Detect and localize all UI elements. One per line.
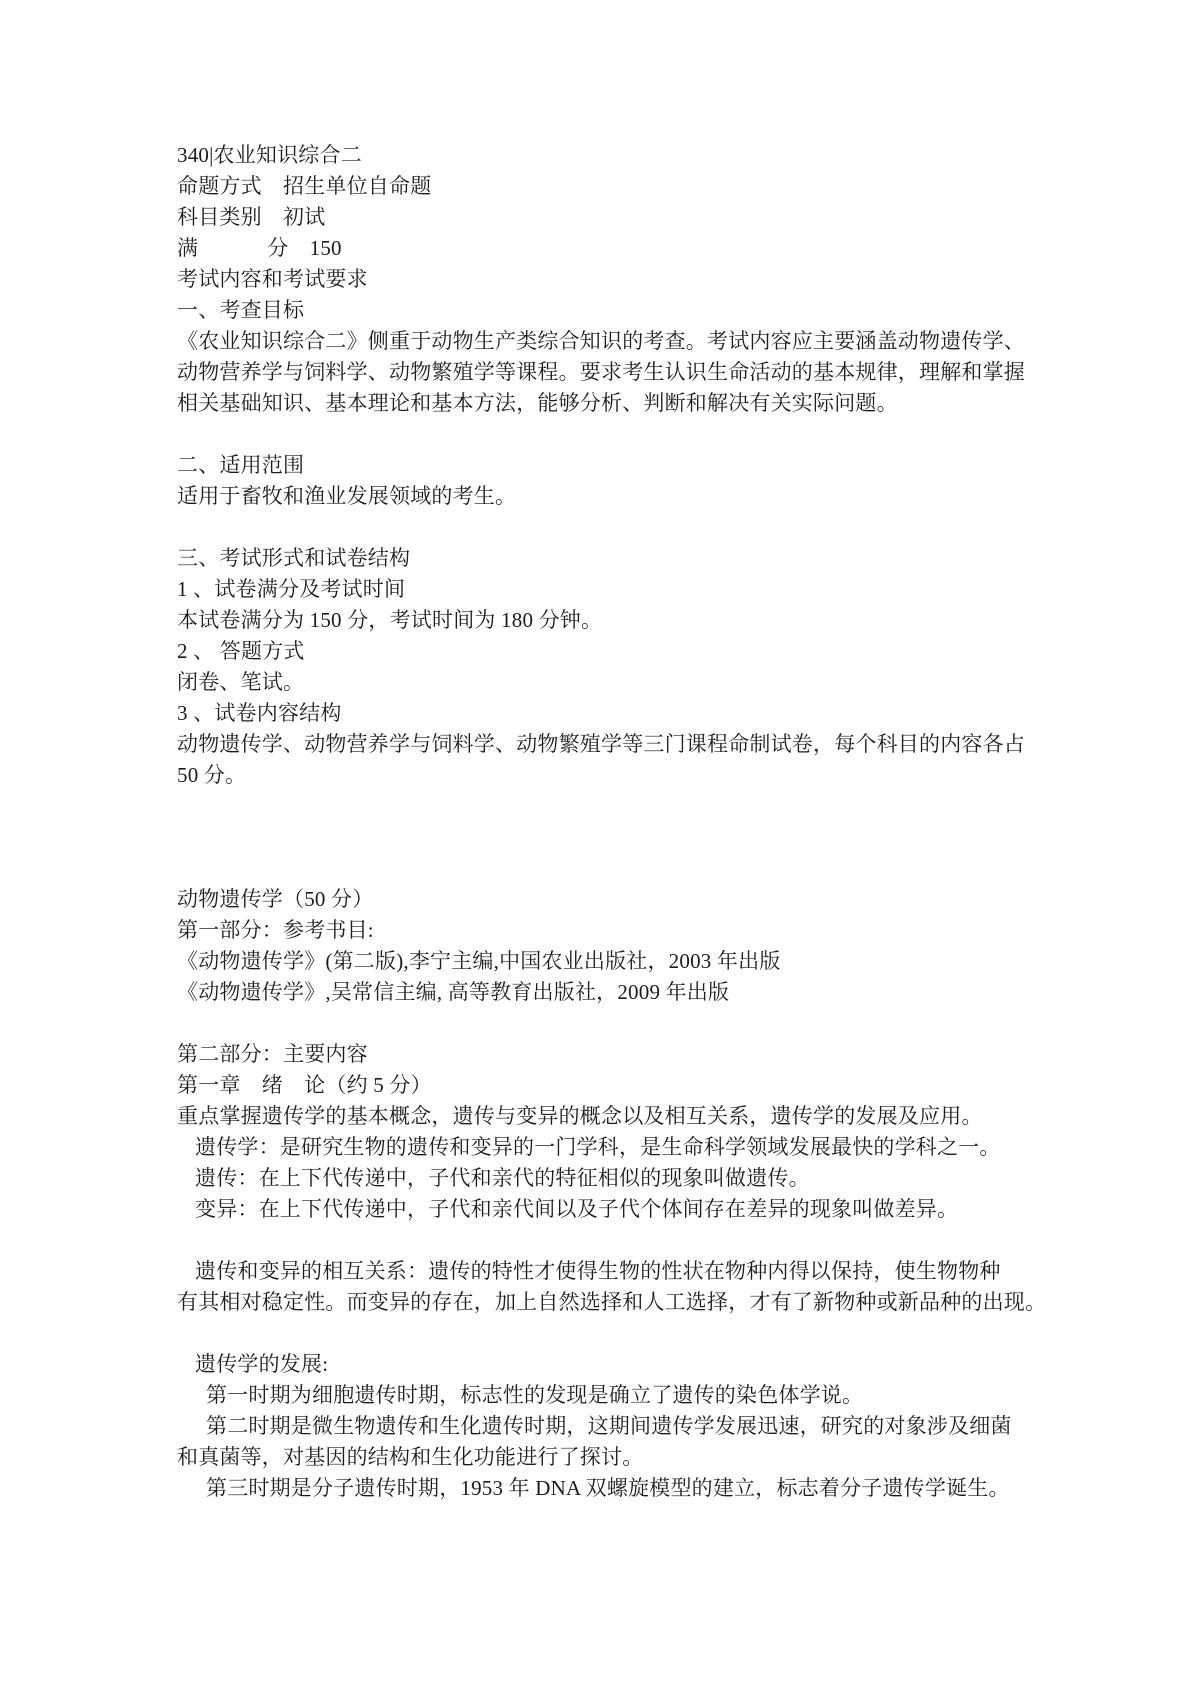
doc-line: 1 、试卷满分及考试时间 bbox=[177, 574, 1037, 605]
doc-line: 第一时期为细胞遗传时期，标志性的发现是确立了遗传的染色体学说。 bbox=[177, 1380, 1037, 1411]
doc-line: 50 分。 bbox=[177, 760, 1037, 791]
doc-line: 第一章 绪 论（约 5 分） bbox=[177, 1070, 1037, 1101]
doc-line: 重点掌握遗传学的基本概念，遗传与变异的概念以及相互关系，遗传学的发展及应用。 bbox=[177, 1101, 1037, 1132]
doc-line: 适用于畜牧和渔业发展领域的考生。 bbox=[177, 481, 1037, 512]
doc-line: 遗传：在上下代传递中，子代和亲代的特征相似的现象叫做遗传。 bbox=[177, 1163, 1037, 1194]
doc-line: 第三时期是分子遗传时期，1953 年 DNA 双螺旋模型的建立，标志着分子遗传学… bbox=[177, 1473, 1037, 1504]
doc-line: 动物遗传学（50 分） bbox=[177, 884, 1037, 915]
doc-blank-line bbox=[177, 1008, 1037, 1039]
doc-line: 第二部分：主要内容 bbox=[177, 1039, 1037, 1070]
doc-line: 有其相对稳定性。而变异的存在，加上自然选择和人工选择，才有了新物种或新品种的出现… bbox=[177, 1287, 1037, 1318]
doc-blank-line bbox=[177, 791, 1037, 822]
doc-line: 遗传和变异的相互关系：遗传的特性才使得生物的性状在物种内得以保持，使生物物种 bbox=[177, 1256, 1037, 1287]
doc-line: 相关基础知识、基本理论和基本方法，能够分析、判断和解决有关实际问题。 bbox=[177, 388, 1037, 419]
doc-blank-line bbox=[177, 419, 1037, 450]
doc-line: 340|农业知识综合二 bbox=[177, 140, 1037, 171]
document-body: 340|农业知识综合二命题方式 招生单位自命题科目类别 初试满 分 150考试内… bbox=[177, 140, 1037, 1504]
doc-line: 动物遗传学、动物营养学与饲料学、动物繁殖学等三门课程命制试卷，每个科目的内容各占 bbox=[177, 729, 1037, 760]
doc-line: 变异：在上下代传递中，子代和亲代间以及子代个体间存在差异的现象叫做差异。 bbox=[177, 1194, 1037, 1225]
doc-blank-line bbox=[177, 853, 1037, 884]
doc-line: 一、考查目标 bbox=[177, 295, 1037, 326]
doc-line: 命题方式 招生单位自命题 bbox=[177, 171, 1037, 202]
doc-line: 三、考试形式和试卷结构 bbox=[177, 543, 1037, 574]
doc-line: 《农业知识综合二》侧重于动物生产类综合知识的考查。考试内容应主要涵盖动物遗传学、 bbox=[177, 326, 1037, 357]
doc-line: 第二时期是微生物遗传和生化遗传时期，这期间遗传学发展迅速，研究的对象涉及细菌 bbox=[177, 1411, 1037, 1442]
doc-line: 闭卷、笔试。 bbox=[177, 667, 1037, 698]
doc-blank-line bbox=[177, 1225, 1037, 1256]
doc-blank-line bbox=[177, 512, 1037, 543]
doc-line: 《动物遗传学》,吴常信主编, 高等教育出版社，2009 年出版 bbox=[177, 977, 1037, 1008]
doc-line: 本试卷满分为 150 分，考试时间为 180 分钟。 bbox=[177, 605, 1037, 636]
doc-line: 科目类别 初试 bbox=[177, 202, 1037, 233]
doc-blank-line bbox=[177, 822, 1037, 853]
doc-line: 《动物遗传学》(第二版),李宁主编,中国农业出版社，2003 年出版 bbox=[177, 946, 1037, 977]
doc-line: 3 、试卷内容结构 bbox=[177, 698, 1037, 729]
doc-line: 2 、 答题方式 bbox=[177, 636, 1037, 667]
doc-line: 满 分 150 bbox=[177, 233, 1037, 264]
doc-line: 遗传学：是研究生物的遗传和变异的一门学科，是生命科学领域发展最快的学科之一。 bbox=[177, 1132, 1037, 1163]
doc-blank-line bbox=[177, 1318, 1037, 1349]
doc-line: 和真菌等，对基因的结构和生化功能进行了探讨。 bbox=[177, 1442, 1037, 1473]
doc-line: 考试内容和考试要求 bbox=[177, 264, 1037, 295]
doc-line: 动物营养学与饲料学、动物繁殖学等课程。要求考生认识生命活动的基本规律，理解和掌握 bbox=[177, 357, 1037, 388]
doc-line: 二、适用范围 bbox=[177, 450, 1037, 481]
doc-line: 第一部分：参考书目: bbox=[177, 915, 1037, 946]
doc-line: 遗传学的发展: bbox=[177, 1349, 1037, 1380]
document-page: 340|农业知识综合二命题方式 招生单位自命题科目类别 初试满 分 150考试内… bbox=[0, 0, 1190, 1683]
